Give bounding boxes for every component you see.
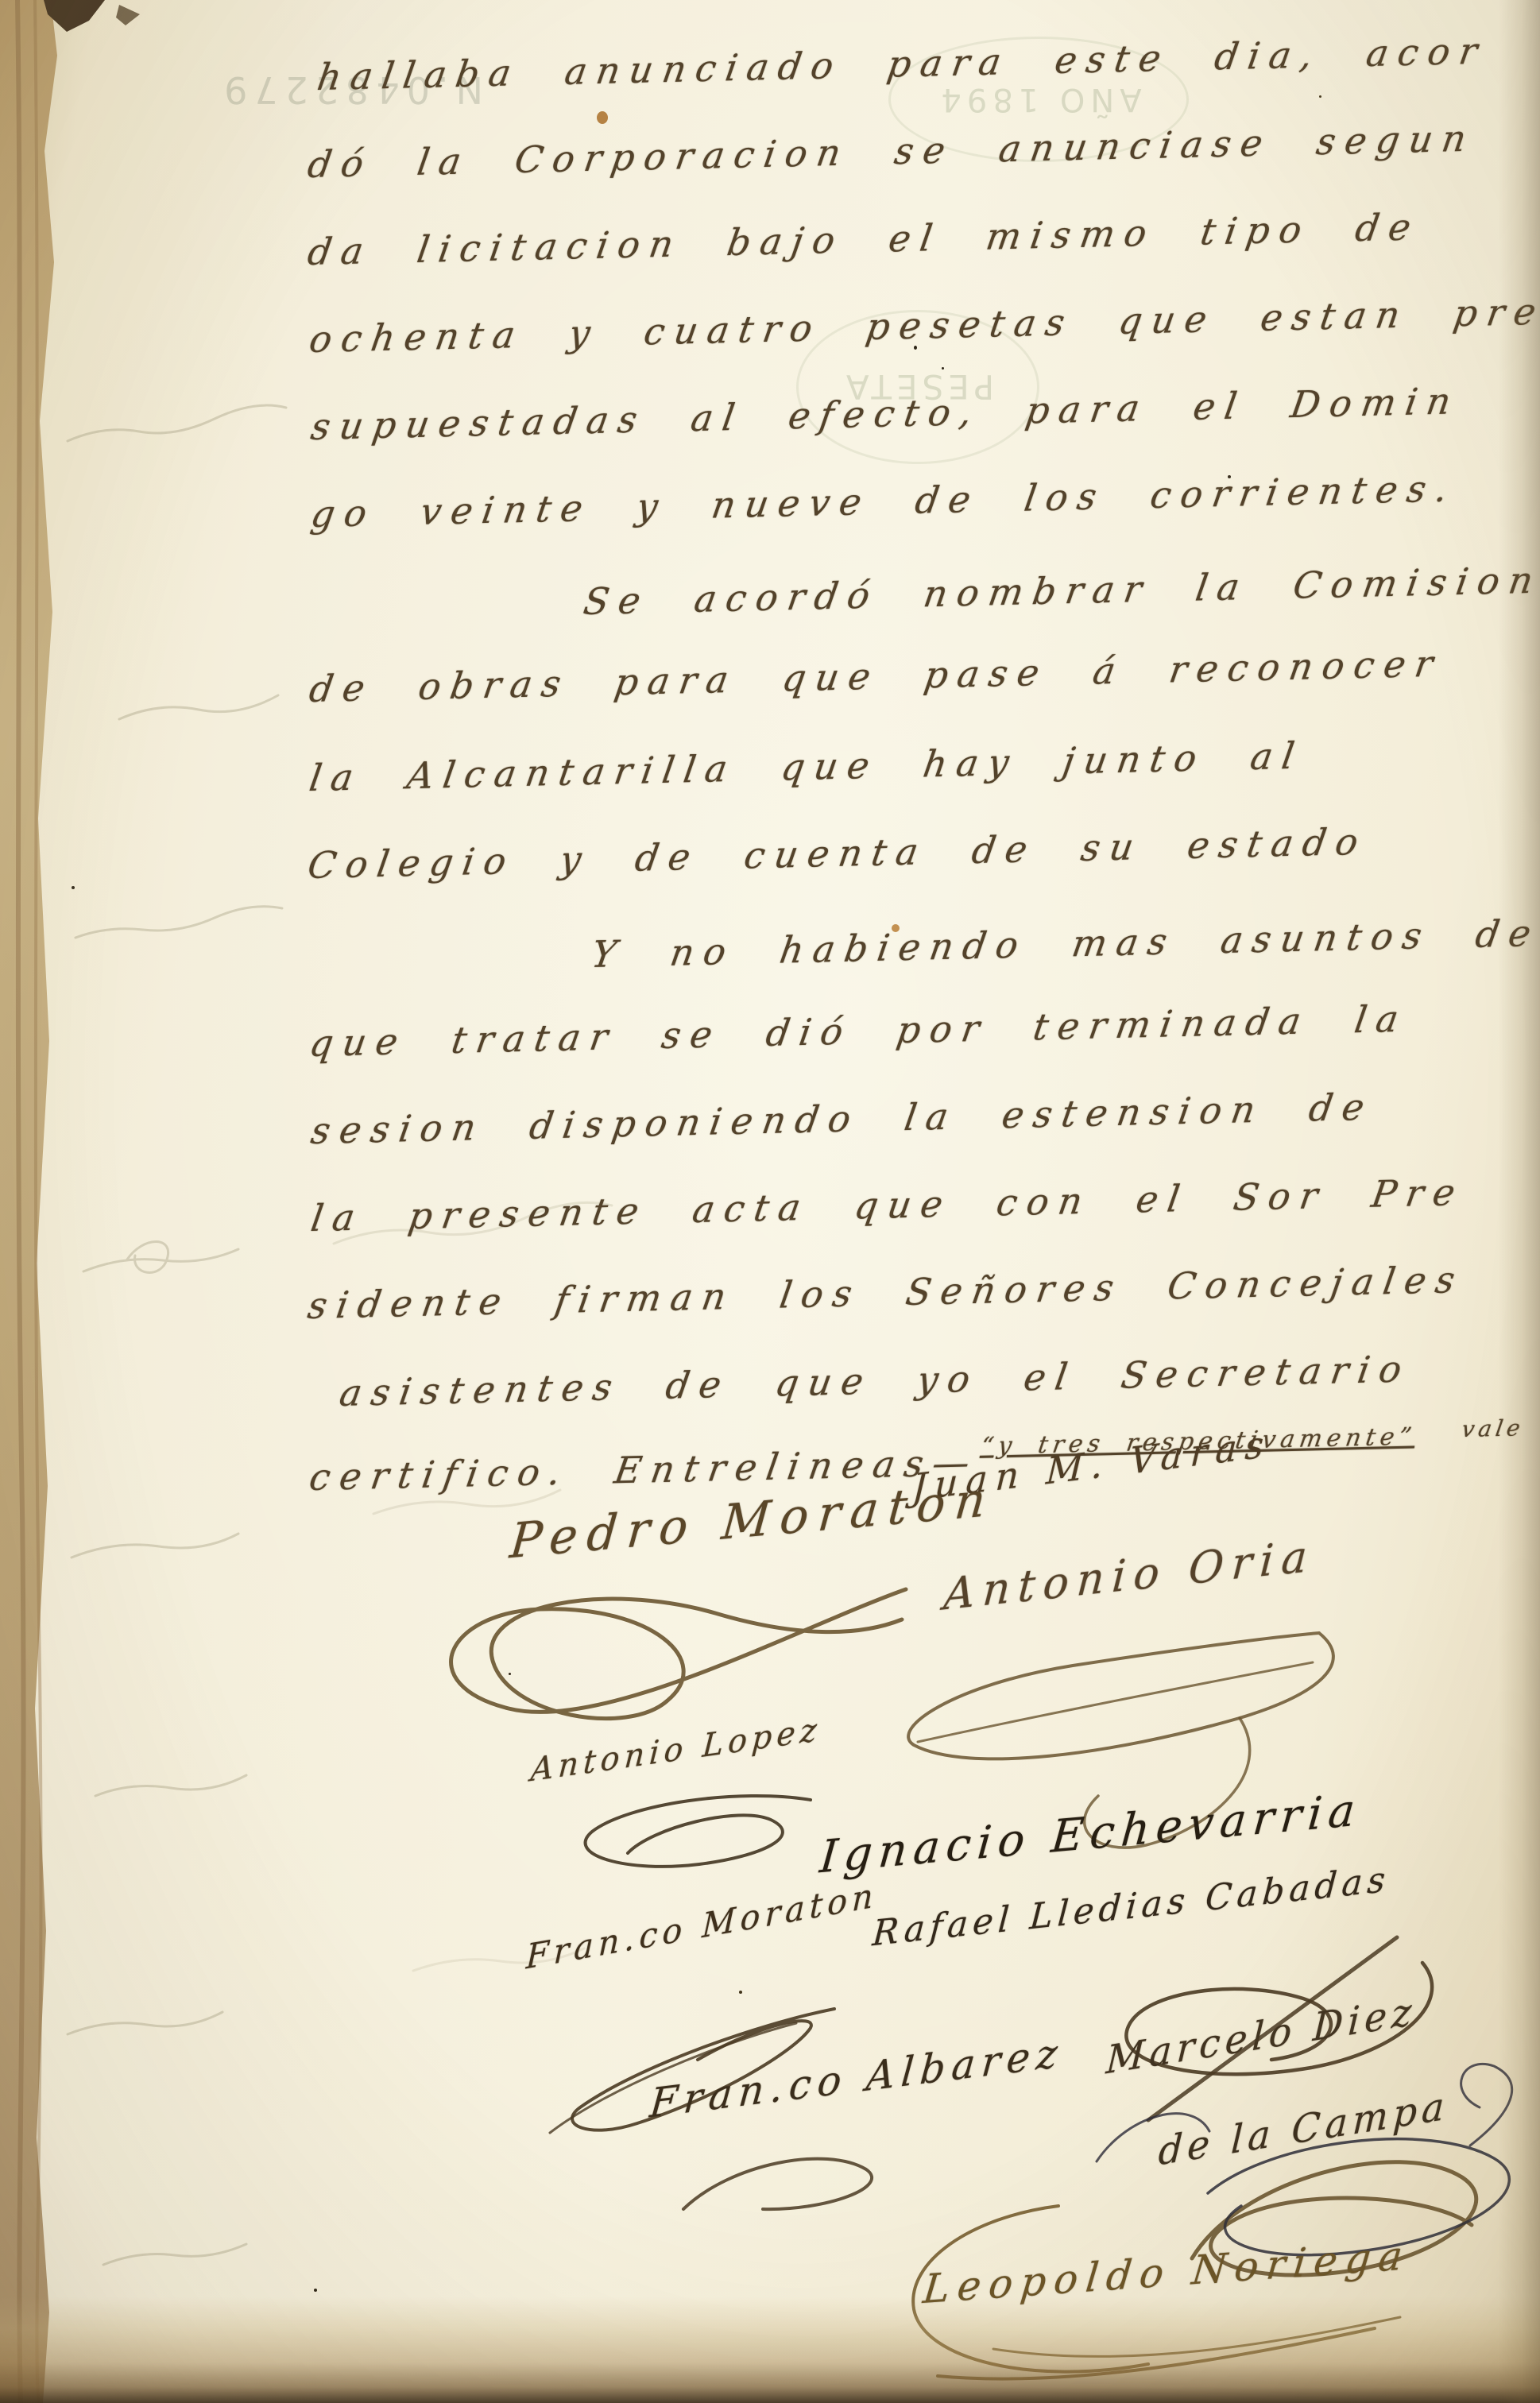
manuscript-line: de obras para que pase á reconocer — [307, 642, 1445, 711]
ink-speck — [314, 2289, 317, 2292]
flourish-oria — [908, 1633, 1333, 1759]
ink-speck — [914, 346, 917, 350]
page-edge-shadow — [1499, 0, 1540, 2403]
manuscript-line: la Alcantarilla que hay junto al — [307, 734, 1307, 800]
flourish-oria-inner — [918, 1662, 1313, 1742]
foxing-spot — [597, 111, 608, 124]
page-corner-fragment — [44, 0, 105, 32]
ink-speck — [942, 367, 944, 370]
gutter-streak — [35, 0, 41, 2403]
signature-francisco-albarez: Fran.co Albarez — [648, 2030, 1066, 2127]
flourish-albarez — [683, 2159, 872, 2209]
signature-marcelo-diez: Marcelo Diez — [1105, 1989, 1418, 2084]
signature-rafael-lledias-cabadas: Rafael Lledias Cabadas — [871, 1859, 1391, 1954]
bottom-water-stain — [0, 2297, 1540, 2403]
manuscript-line: Se acordó nombrar la Comision — [581, 559, 1540, 624]
manuscript-line: go veinte y nueve de los corrientes. — [308, 466, 1460, 536]
ink-speck — [509, 1673, 511, 1675]
ink-speck — [1319, 95, 1321, 98]
manuscript-line: que tratar se dió por terminada la — [307, 997, 1411, 1066]
ink-speck — [739, 1991, 742, 1994]
book-gutter-edge — [0, 0, 140, 2403]
signature-ignacio-echevarria: Ignacio Echevarria — [818, 1784, 1364, 1883]
signature-antonio-lopez: Antonio Lopez — [529, 1711, 822, 1789]
manuscript-line: dó la Corporacion se anunciase segun — [305, 117, 1479, 187]
manuscript-line: da licitacion bajo el mismo tipo de — [305, 205, 1423, 273]
flourish-lopez — [586, 1796, 811, 1867]
signature-antonio-oria: Antonio Oria — [942, 1530, 1317, 1620]
manuscript-line: Y no habiendo mas asuntos de — [589, 911, 1540, 976]
manuscript-page: N.0482279 AÑO 1894 PESETA — [0, 0, 1540, 2403]
manuscript-line: sidente firman los Señores Concejales — [305, 1258, 1468, 1327]
ink-speck — [1228, 475, 1231, 478]
signature-marcelo-diez-line2: de la Campa — [1158, 2084, 1450, 2175]
gutter-torn-paper — [0, 0, 57, 2403]
ink-speck — [72, 886, 75, 889]
manuscript-line: sesion disponiendo la estension de — [308, 1085, 1377, 1153]
signature-francisco-moraton: Fran.co Moraton — [525, 1875, 878, 1976]
foxing-spot — [892, 924, 900, 932]
manuscript-line: asistentes de que yo el Secretario — [337, 1347, 1414, 1414]
flourish-pedro — [451, 1589, 906, 1719]
gutter-streak — [17, 0, 24, 2403]
page-corner-fragment — [116, 5, 140, 25]
manuscript-line: Colegio y de cuenta de su estado — [305, 820, 1371, 887]
manuscript-line: la presente acta que con el Sor Pre — [308, 1171, 1468, 1240]
ghost-stamp-top-text: AÑO 1894 — [935, 81, 1141, 118]
